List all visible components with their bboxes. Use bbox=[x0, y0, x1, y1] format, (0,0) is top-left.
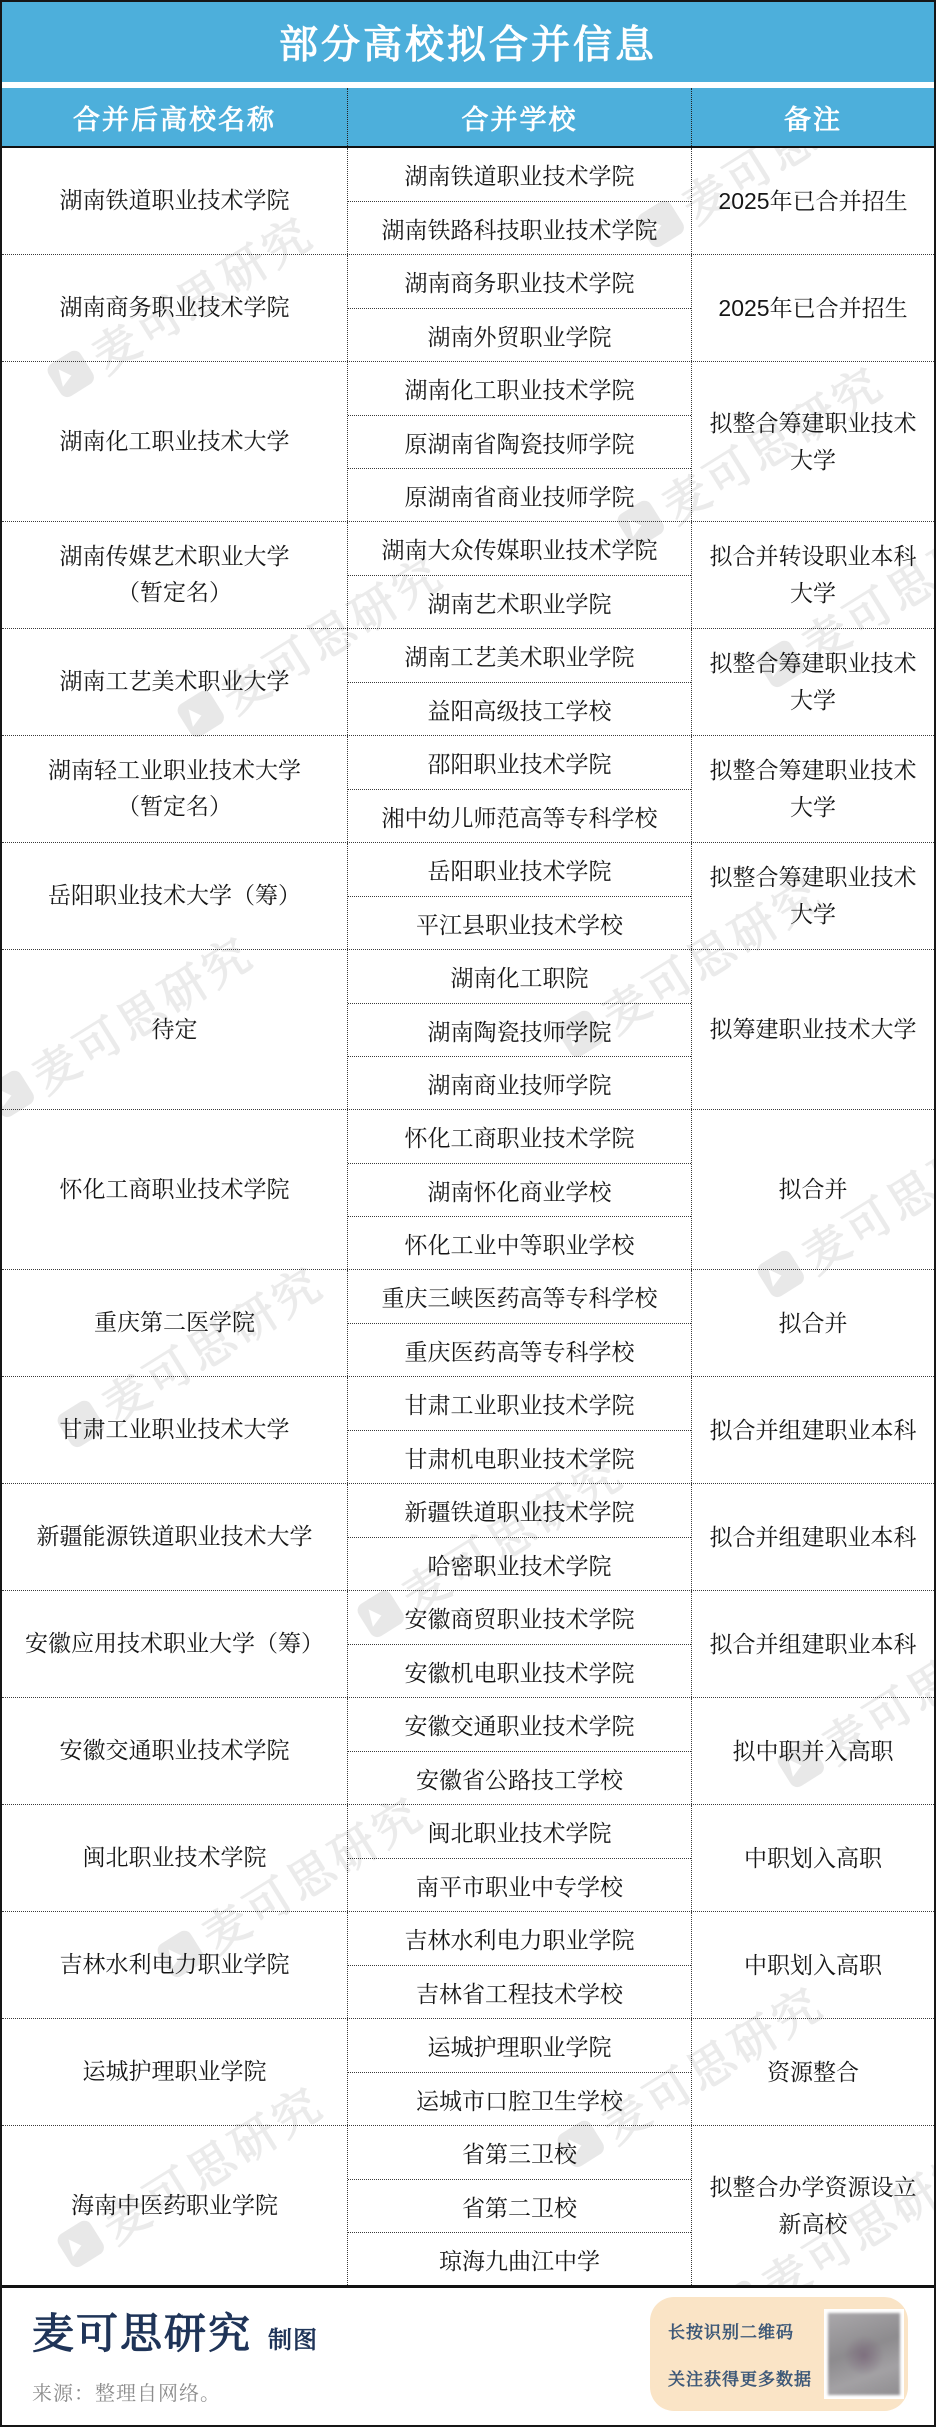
remark-cell: 中职划入高职 bbox=[692, 1912, 934, 2018]
remark-cell: 拟中职并入高职 bbox=[692, 1698, 934, 1804]
remark-cell: 拟合并组建职业本科 bbox=[692, 1484, 934, 1590]
school-item: 南平市职业中专学校 bbox=[348, 1858, 691, 1911]
merged-university-name: 闽北职业技术学院 bbox=[2, 1805, 347, 1911]
school-item: 哈密职业技术学院 bbox=[348, 1537, 691, 1590]
merging-schools-cell: 吉林水利电力职业学院吉林省工程技术学校 bbox=[347, 1912, 692, 2018]
merged-university-name: 湖南工艺美术职业大学 bbox=[2, 629, 347, 735]
remark-cell: 拟合并组建职业本科 bbox=[692, 1591, 934, 1697]
table-row: 安徽交通职业技术学院 安徽交通职业技术学院安徽省公路技工学校 拟中职并入高职 bbox=[2, 1698, 934, 1805]
school-item: 原湖南省陶瓷技师学院 bbox=[348, 415, 691, 468]
merged-university-name: 安徽交通职业技术学院 bbox=[2, 1698, 347, 1804]
remark-cell: 拟整合筹建职业技术大学 bbox=[692, 843, 934, 949]
brand-row: 麦可思研究 制图 bbox=[32, 2301, 318, 2361]
school-item: 琼海九曲江中学 bbox=[348, 2232, 691, 2285]
table-row: 海南中医药职业学院 省第三卫校省第二卫校琼海九曲江中学 拟整合办学资源设立新高校 bbox=[2, 2126, 934, 2285]
merging-schools-cell: 湖南化工职院湖南陶瓷技师学院湖南商业技师学院 bbox=[347, 950, 692, 1109]
school-item: 湖南怀化商业学校 bbox=[348, 1163, 691, 1216]
merging-schools-cell: 怀化工商职业技术学院湖南怀化商业学校怀化工业中等职业学校 bbox=[347, 1110, 692, 1269]
school-item: 邵阳职业技术学院 bbox=[348, 736, 691, 789]
remark-cell: 拟整合筹建职业技术大学 bbox=[692, 362, 934, 521]
school-item: 安徽交通职业技术学院 bbox=[348, 1698, 691, 1751]
remark-cell: 拟整合筹建职业技术大学 bbox=[692, 736, 934, 842]
brand-name: 麦可思研究 bbox=[32, 2301, 252, 2361]
qr-code bbox=[824, 2309, 904, 2399]
merged-university-name: 湖南轻工业职业技术大学 （暂定名） bbox=[2, 736, 347, 842]
qr-promo-line2: 关注获得更多数据 bbox=[668, 2365, 812, 2390]
merged-university-name: 怀化工商职业技术学院 bbox=[2, 1110, 347, 1269]
table-row: 闽北职业技术学院 闽北职业技术学院南平市职业中专学校 中职划入高职 bbox=[2, 1805, 934, 1912]
school-item: 运城市口腔卫生学校 bbox=[348, 2072, 691, 2125]
remark-cell: 拟合并组建职业本科 bbox=[692, 1377, 934, 1483]
school-item: 新疆铁道职业技术学院 bbox=[348, 1484, 691, 1537]
table-row: 湖南商务职业技术学院 湖南商务职业技术学院湖南外贸职业学院 2025年已合并招生 bbox=[2, 255, 934, 362]
merged-university-name: 湖南铁道职业技术学院 bbox=[2, 148, 347, 254]
remark-cell: 资源整合 bbox=[692, 2019, 934, 2125]
school-item: 湘中幼儿师范高等专科学校 bbox=[348, 789, 691, 842]
school-item: 怀化工业中等职业学校 bbox=[348, 1216, 691, 1269]
table-row: 新疆能源铁道职业技术大学 新疆铁道职业技术学院哈密职业技术学院 拟合并组建职业本… bbox=[2, 1484, 934, 1591]
merging-schools-cell: 运城护理职业学院运城市口腔卫生学校 bbox=[347, 2019, 692, 2125]
merging-schools-cell: 重庆三峡医药高等专科学校重庆医药高等专科学校 bbox=[347, 1270, 692, 1376]
school-item: 安徽商贸职业技术学院 bbox=[348, 1591, 691, 1644]
table-header-row: 合并后高校名称 合并学校 备注 bbox=[2, 88, 934, 148]
remark-cell: 拟合并转设职业本科大学 bbox=[692, 522, 934, 628]
brand-block: 麦可思研究 制图 来源：整理自网络。 bbox=[32, 2301, 318, 2406]
school-item: 省第二卫校 bbox=[348, 2179, 691, 2232]
column-header-remark: 备注 bbox=[692, 88, 934, 146]
merger-table: 合并后高校名称 合并学校 备注 湖南铁道职业技术学院 湖南铁道职业技术学院湖南铁… bbox=[2, 88, 934, 2285]
school-item: 重庆三峡医药高等专科学校 bbox=[348, 1270, 691, 1323]
merged-university-name: 吉林水利电力职业学院 bbox=[2, 1912, 347, 2018]
merging-schools-cell: 邵阳职业技术学院湘中幼儿师范高等专科学校 bbox=[347, 736, 692, 842]
merged-university-name: 湖南商务职业技术学院 bbox=[2, 255, 347, 361]
merging-schools-cell: 安徽交通职业技术学院安徽省公路技工学校 bbox=[347, 1698, 692, 1804]
remark-cell: 中职划入高职 bbox=[692, 1805, 934, 1911]
qr-code-image bbox=[828, 2313, 900, 2395]
source-note: 来源：整理自网络。 bbox=[32, 2377, 318, 2406]
school-item: 湖南商业技师学院 bbox=[348, 1056, 691, 1109]
merging-schools-cell: 安徽商贸职业技术学院安徽机电职业技术学院 bbox=[347, 1591, 692, 1697]
table-row: 湖南化工职业技术大学 湖南化工职业技术学院原湖南省陶瓷技师学院原湖南省商业技师学… bbox=[2, 362, 934, 522]
table-row: 待定 湖南化工职院湖南陶瓷技师学院湖南商业技师学院 拟筹建职业技术大学 bbox=[2, 950, 934, 1110]
school-item: 湖南艺术职业学院 bbox=[348, 575, 691, 628]
merged-university-name: 新疆能源铁道职业技术大学 bbox=[2, 1484, 347, 1590]
qr-promo-text: 长按识别二维码 关注获得更多数据 bbox=[668, 2318, 812, 2390]
brand-suffix: 制图 bbox=[268, 2320, 318, 2355]
remark-cell: 拟整合办学资源设立新高校 bbox=[692, 2126, 934, 2285]
school-item: 省第三卫校 bbox=[348, 2126, 691, 2179]
infographic-page: 麦可思研究麦可思研究麦可思研究麦可思研究麦可思研究麦可思研究麦可思研究麦可思研究… bbox=[0, 0, 936, 2427]
remark-cell: 拟筹建职业技术大学 bbox=[692, 950, 934, 1109]
remark-cell: 拟合并 bbox=[692, 1110, 934, 1269]
merged-university-name: 甘肃工业职业技术大学 bbox=[2, 1377, 347, 1483]
table-row: 重庆第二医学院 重庆三峡医药高等专科学校重庆医药高等专科学校 拟合并 bbox=[2, 1270, 934, 1377]
table-row: 吉林水利电力职业学院 吉林水利电力职业学院吉林省工程技术学校 中职划入高职 bbox=[2, 1912, 934, 2019]
school-item: 原湖南省商业技师学院 bbox=[348, 468, 691, 521]
school-item: 平江县职业技术学校 bbox=[348, 896, 691, 949]
school-item: 闽北职业技术学院 bbox=[348, 1805, 691, 1858]
table-row: 岳阳职业技术大学（筹） 岳阳职业技术学院平江县职业技术学校 拟整合筹建职业技术大… bbox=[2, 843, 934, 950]
merged-university-name: 安徽应用技术职业大学（筹） bbox=[2, 1591, 347, 1697]
school-item: 湖南商务职业技术学院 bbox=[348, 255, 691, 308]
school-item: 湖南工艺美术职业学院 bbox=[348, 629, 691, 682]
school-item: 益阳高级技工学校 bbox=[348, 682, 691, 735]
table-row: 湖南传媒艺术职业大学 （暂定名） 湖南大众传媒职业技术学院湖南艺术职业学院 拟合… bbox=[2, 522, 934, 629]
merged-university-name: 重庆第二医学院 bbox=[2, 1270, 347, 1376]
school-item: 吉林水利电力职业学院 bbox=[348, 1912, 691, 1965]
school-item: 甘肃机电职业技术学院 bbox=[348, 1430, 691, 1483]
merging-schools-cell: 湖南大众传媒职业技术学院湖南艺术职业学院 bbox=[347, 522, 692, 628]
merged-university-name: 海南中医药职业学院 bbox=[2, 2126, 347, 2285]
school-item: 运城护理职业学院 bbox=[348, 2019, 691, 2072]
school-item: 吉林省工程技术学校 bbox=[348, 1965, 691, 2018]
page-title: 部分高校拟合并信息 bbox=[279, 14, 657, 70]
school-item: 湖南铁路科技职业技术学院 bbox=[348, 201, 691, 254]
merging-schools-cell: 湖南商务职业技术学院湖南外贸职业学院 bbox=[347, 255, 692, 361]
school-item: 岳阳职业技术学院 bbox=[348, 843, 691, 896]
merged-university-name: 湖南传媒艺术职业大学 （暂定名） bbox=[2, 522, 347, 628]
merging-schools-cell: 湖南化工职业技术学院原湖南省陶瓷技师学院原湖南省商业技师学院 bbox=[347, 362, 692, 521]
title-bar: 部分高校拟合并信息 bbox=[2, 2, 934, 82]
table-row: 湖南工艺美术职业大学 湖南工艺美术职业学院益阳高级技工学校 拟整合筹建职业技术大… bbox=[2, 629, 934, 736]
table-row: 湖南铁道职业技术学院 湖南铁道职业技术学院湖南铁路科技职业技术学院 2025年已… bbox=[2, 148, 934, 255]
table-row: 运城护理职业学院 运城护理职业学院运城市口腔卫生学校 资源整合 bbox=[2, 2019, 934, 2126]
merging-schools-cell: 闽北职业技术学院南平市职业中专学校 bbox=[347, 1805, 692, 1911]
merging-schools-cell: 省第三卫校省第二卫校琼海九曲江中学 bbox=[347, 2126, 692, 2285]
merged-university-name: 岳阳职业技术大学（筹） bbox=[2, 843, 347, 949]
merging-schools-cell: 湖南铁道职业技术学院湖南铁路科技职业技术学院 bbox=[347, 148, 692, 254]
merged-university-name: 待定 bbox=[2, 950, 347, 1109]
school-item: 湖南陶瓷技师学院 bbox=[348, 1003, 691, 1056]
remark-cell: 拟合并 bbox=[692, 1270, 934, 1376]
merged-university-name: 运城护理职业学院 bbox=[2, 2019, 347, 2125]
merging-schools-cell: 岳阳职业技术学院平江县职业技术学校 bbox=[347, 843, 692, 949]
table-row: 安徽应用技术职业大学（筹） 安徽商贸职业技术学院安徽机电职业技术学院 拟合并组建… bbox=[2, 1591, 934, 1698]
column-header-schools: 合并学校 bbox=[347, 88, 692, 146]
qr-promo-line1: 长按识别二维码 bbox=[668, 2318, 812, 2343]
school-item: 湖南大众传媒职业技术学院 bbox=[348, 522, 691, 575]
merging-schools-cell: 新疆铁道职业技术学院哈密职业技术学院 bbox=[347, 1484, 692, 1590]
school-item: 湖南化工职业技术学院 bbox=[348, 362, 691, 415]
school-item: 湖南外贸职业学院 bbox=[348, 308, 691, 361]
column-header-merged-name: 合并后高校名称 bbox=[2, 88, 347, 146]
table-row: 湖南轻工业职业技术大学 （暂定名） 邵阳职业技术学院湘中幼儿师范高等专科学校 拟… bbox=[2, 736, 934, 843]
school-item: 安徽机电职业技术学院 bbox=[348, 1644, 691, 1697]
school-item: 湖南化工职院 bbox=[348, 950, 691, 1003]
remark-cell: 拟整合筹建职业技术大学 bbox=[692, 629, 934, 735]
qr-promo-box: 长按识别二维码 关注获得更多数据 bbox=[650, 2297, 908, 2411]
school-item: 湖南铁道职业技术学院 bbox=[348, 148, 691, 201]
remark-cell: 2025年已合并招生 bbox=[692, 148, 934, 254]
footer: 麦可思研究 制图 来源：整理自网络。 长按识别二维码 关注获得更多数据 bbox=[2, 2285, 934, 2425]
table-row: 甘肃工业职业技术大学 甘肃工业职业技术学院甘肃机电职业技术学院 拟合并组建职业本… bbox=[2, 1377, 934, 1484]
table-body: 湖南铁道职业技术学院 湖南铁道职业技术学院湖南铁路科技职业技术学院 2025年已… bbox=[2, 148, 934, 2285]
remark-cell: 2025年已合并招生 bbox=[692, 255, 934, 361]
school-item: 怀化工商职业技术学院 bbox=[348, 1110, 691, 1163]
table-row: 怀化工商职业技术学院 怀化工商职业技术学院湖南怀化商业学校怀化工业中等职业学校 … bbox=[2, 1110, 934, 1270]
content: 部分高校拟合并信息 合并后高校名称 合并学校 备注 湖南铁道职业技术学院 湖南铁… bbox=[2, 2, 934, 2425]
merging-schools-cell: 湖南工艺美术职业学院益阳高级技工学校 bbox=[347, 629, 692, 735]
merging-schools-cell: 甘肃工业职业技术学院甘肃机电职业技术学院 bbox=[347, 1377, 692, 1483]
school-item: 安徽省公路技工学校 bbox=[348, 1751, 691, 1804]
merged-university-name: 湖南化工职业技术大学 bbox=[2, 362, 347, 521]
school-item: 甘肃工业职业技术学院 bbox=[348, 1377, 691, 1430]
school-item: 重庆医药高等专科学校 bbox=[348, 1323, 691, 1376]
